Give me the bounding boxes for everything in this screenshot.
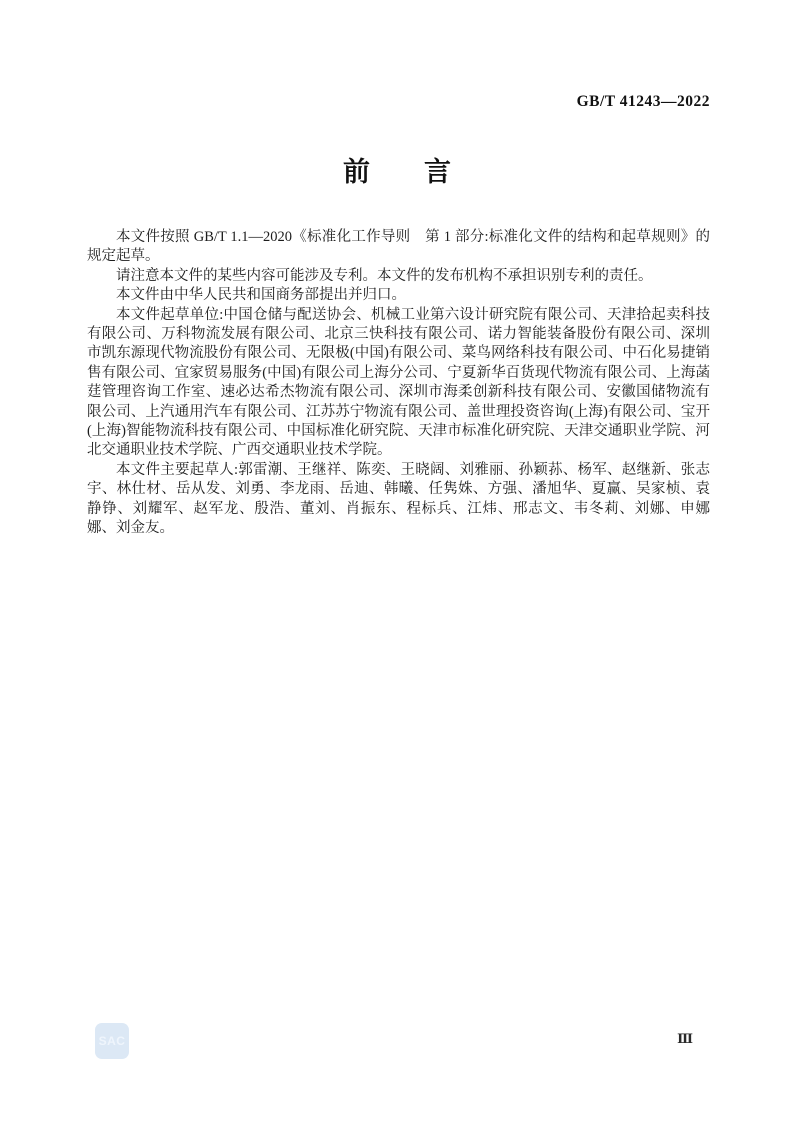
page-number: Ⅲ [677, 1031, 693, 1047]
page-title: 前 言 [0, 150, 794, 189]
paragraph-main-drafters: 本文件主要起草人:郭雷潮、王继祥、陈奕、王晓阔、刘雅丽、孙颖荪、杨军、赵继新、张… [87, 461, 710, 539]
sac-logo-watermark: SAC [95, 1023, 129, 1059]
paragraph-patent-notice: 请注意本文件的某些内容可能涉及专利。本文件的发布机构不承担识别专利的责任。 [87, 267, 710, 286]
standard-number: GB/T 41243—2022 [577, 93, 710, 111]
foreword-body: 本文件按照 GB/T 1.1—2020《标准化工作导则 第 1 部分:标准化文件… [87, 228, 710, 539]
paragraph-proposing-body: 本文件由中华人民共和国商务部提出并归口。 [87, 286, 710, 305]
paragraph-drafting-organizations: 本文件起草单位:中国仓储与配送协会、机械工业第六设计研究院有限公司、天津拾起卖科… [87, 306, 710, 461]
sac-logo-label: SAC [99, 1034, 126, 1048]
paragraph-drafting-rules: 本文件按照 GB/T 1.1—2020《标准化工作导则 第 1 部分:标准化文件… [87, 228, 710, 267]
document-page: GB/T 41243—2022 前 言 本文件按照 GB/T 1.1—2020《… [0, 0, 794, 1123]
